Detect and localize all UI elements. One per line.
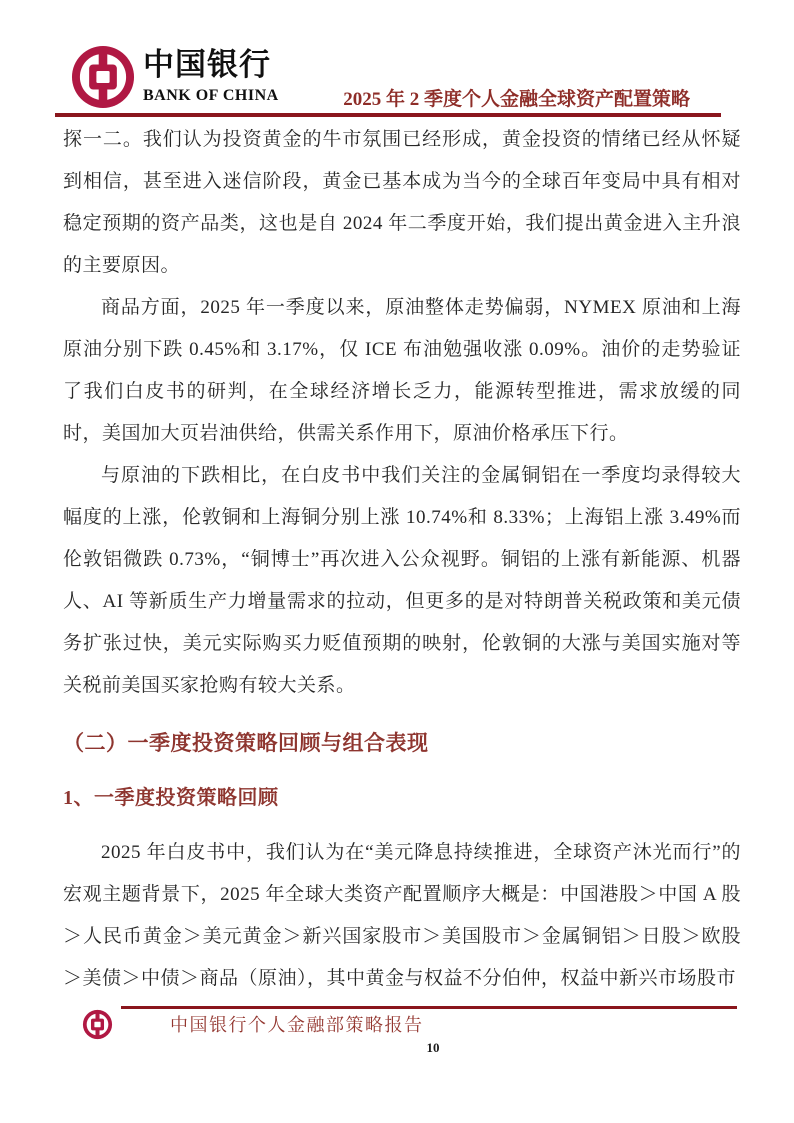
boc-emblem-icon [70,44,136,110]
boc-footer-emblem-icon [82,1009,113,1040]
section-heading-strategy-review: （二）一季度投资策略回顾与组合表现 [63,721,741,765]
subsection-heading-q1-review: 1、一季度投资策略回顾 [63,778,741,818]
paragraph-commodities-oil: 商品方面，2025 年一季度以来，原油整体走势偏弱，NYMEX 原油和上海原油分… [63,287,741,455]
bank-name-english: BANK OF CHINA [143,86,279,105]
page-content: 探一二。我们认为投资黄金的牛市氛围已经形成，黄金投资的情绪已经从怀疑到相信，甚至… [63,119,741,1000]
paragraph-gold-market: 探一二。我们认为投资黄金的牛市氛围已经形成，黄金投资的情绪已经从怀疑到相信，甚至… [63,119,741,287]
paragraph-asset-allocation-order: 2025 年白皮书中，我们认为在“美元降息持续推进，全球资产沐光而行”的宏观主题… [63,832,741,1000]
footer-report-name: 中国银行个人金融部策略报告 [170,1011,424,1037]
header-divider [55,113,721,117]
report-title: 2025 年 2 季度个人金融全球资产配置策略 [343,84,690,111]
paragraph-copper-aluminum: 与原油的下跌相比，在白皮书中我们关注的金属铜铝在一季度均录得较大幅度的上涨，伦敦… [63,455,741,707]
bank-name-block: 中国银行 BANK OF CHINA [143,44,279,105]
header-logo: 中国银行 BANK OF CHINA [70,44,279,110]
footer-divider [121,1006,737,1009]
document-page: 中国银行 BANK OF CHINA 2025 年 2 季度个人金融全球资产配置… [0,0,794,1123]
page-number: 10 [0,1040,794,1056]
bank-name-chinese: 中国银行 [143,44,279,86]
